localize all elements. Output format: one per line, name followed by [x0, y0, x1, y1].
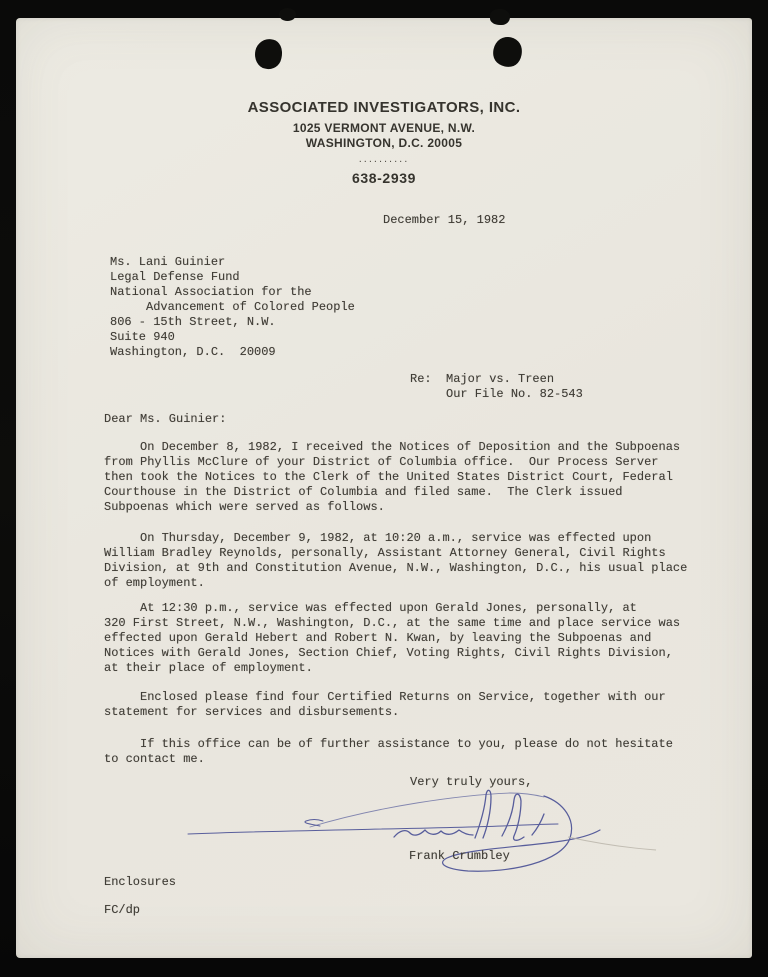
company-city: WASHINGTON, D.C. 20005 [16, 136, 752, 151]
letter-page: ASSOCIATED INVESTIGATORS, INC. 1025 VERM… [16, 18, 752, 958]
punch-hole-top-left [279, 8, 296, 21]
recipient-address-block: Ms. Lani Guinier Legal Defense Fund Nati… [110, 255, 355, 360]
body-paragraph-3: At 12:30 p.m., service was effected upon… [104, 601, 680, 676]
company-phone: 638-2939 [16, 170, 752, 186]
company-name: ASSOCIATED INVESTIGATORS, INC. [16, 99, 752, 117]
punch-hole-top-right [490, 9, 510, 25]
enclosures-notation: Enclosures [104, 875, 176, 890]
salutation: Dear Ms. Guinier: [104, 412, 226, 427]
handwritten-signature [170, 780, 670, 890]
scanned-letter-photo: ASSOCIATED INVESTIGATORS, INC. 1025 VERM… [0, 0, 768, 977]
letter-date: December 15, 1982 [383, 213, 505, 228]
letterhead-divider-dots: .......... [16, 155, 752, 164]
body-paragraph-4: Enclosed please find four Certified Retu… [104, 690, 666, 720]
typist-initials: FC/dp [104, 903, 140, 918]
letterhead: ASSOCIATED INVESTIGATORS, INC. 1025 VERM… [16, 99, 752, 186]
signer-name: Frank Crumbley [409, 849, 510, 864]
body-paragraph-1: On December 8, 1982, I received the Noti… [104, 440, 680, 515]
body-paragraph-5: If this office can be of further assista… [104, 737, 673, 767]
company-street: 1025 VERMONT AVENUE, N.W. [16, 121, 752, 136]
body-paragraph-2: On Thursday, December 9, 1982, at 10:20 … [104, 531, 687, 591]
reference-line: Re: Major vs. Treen Our File No. 82-543 [410, 372, 583, 402]
